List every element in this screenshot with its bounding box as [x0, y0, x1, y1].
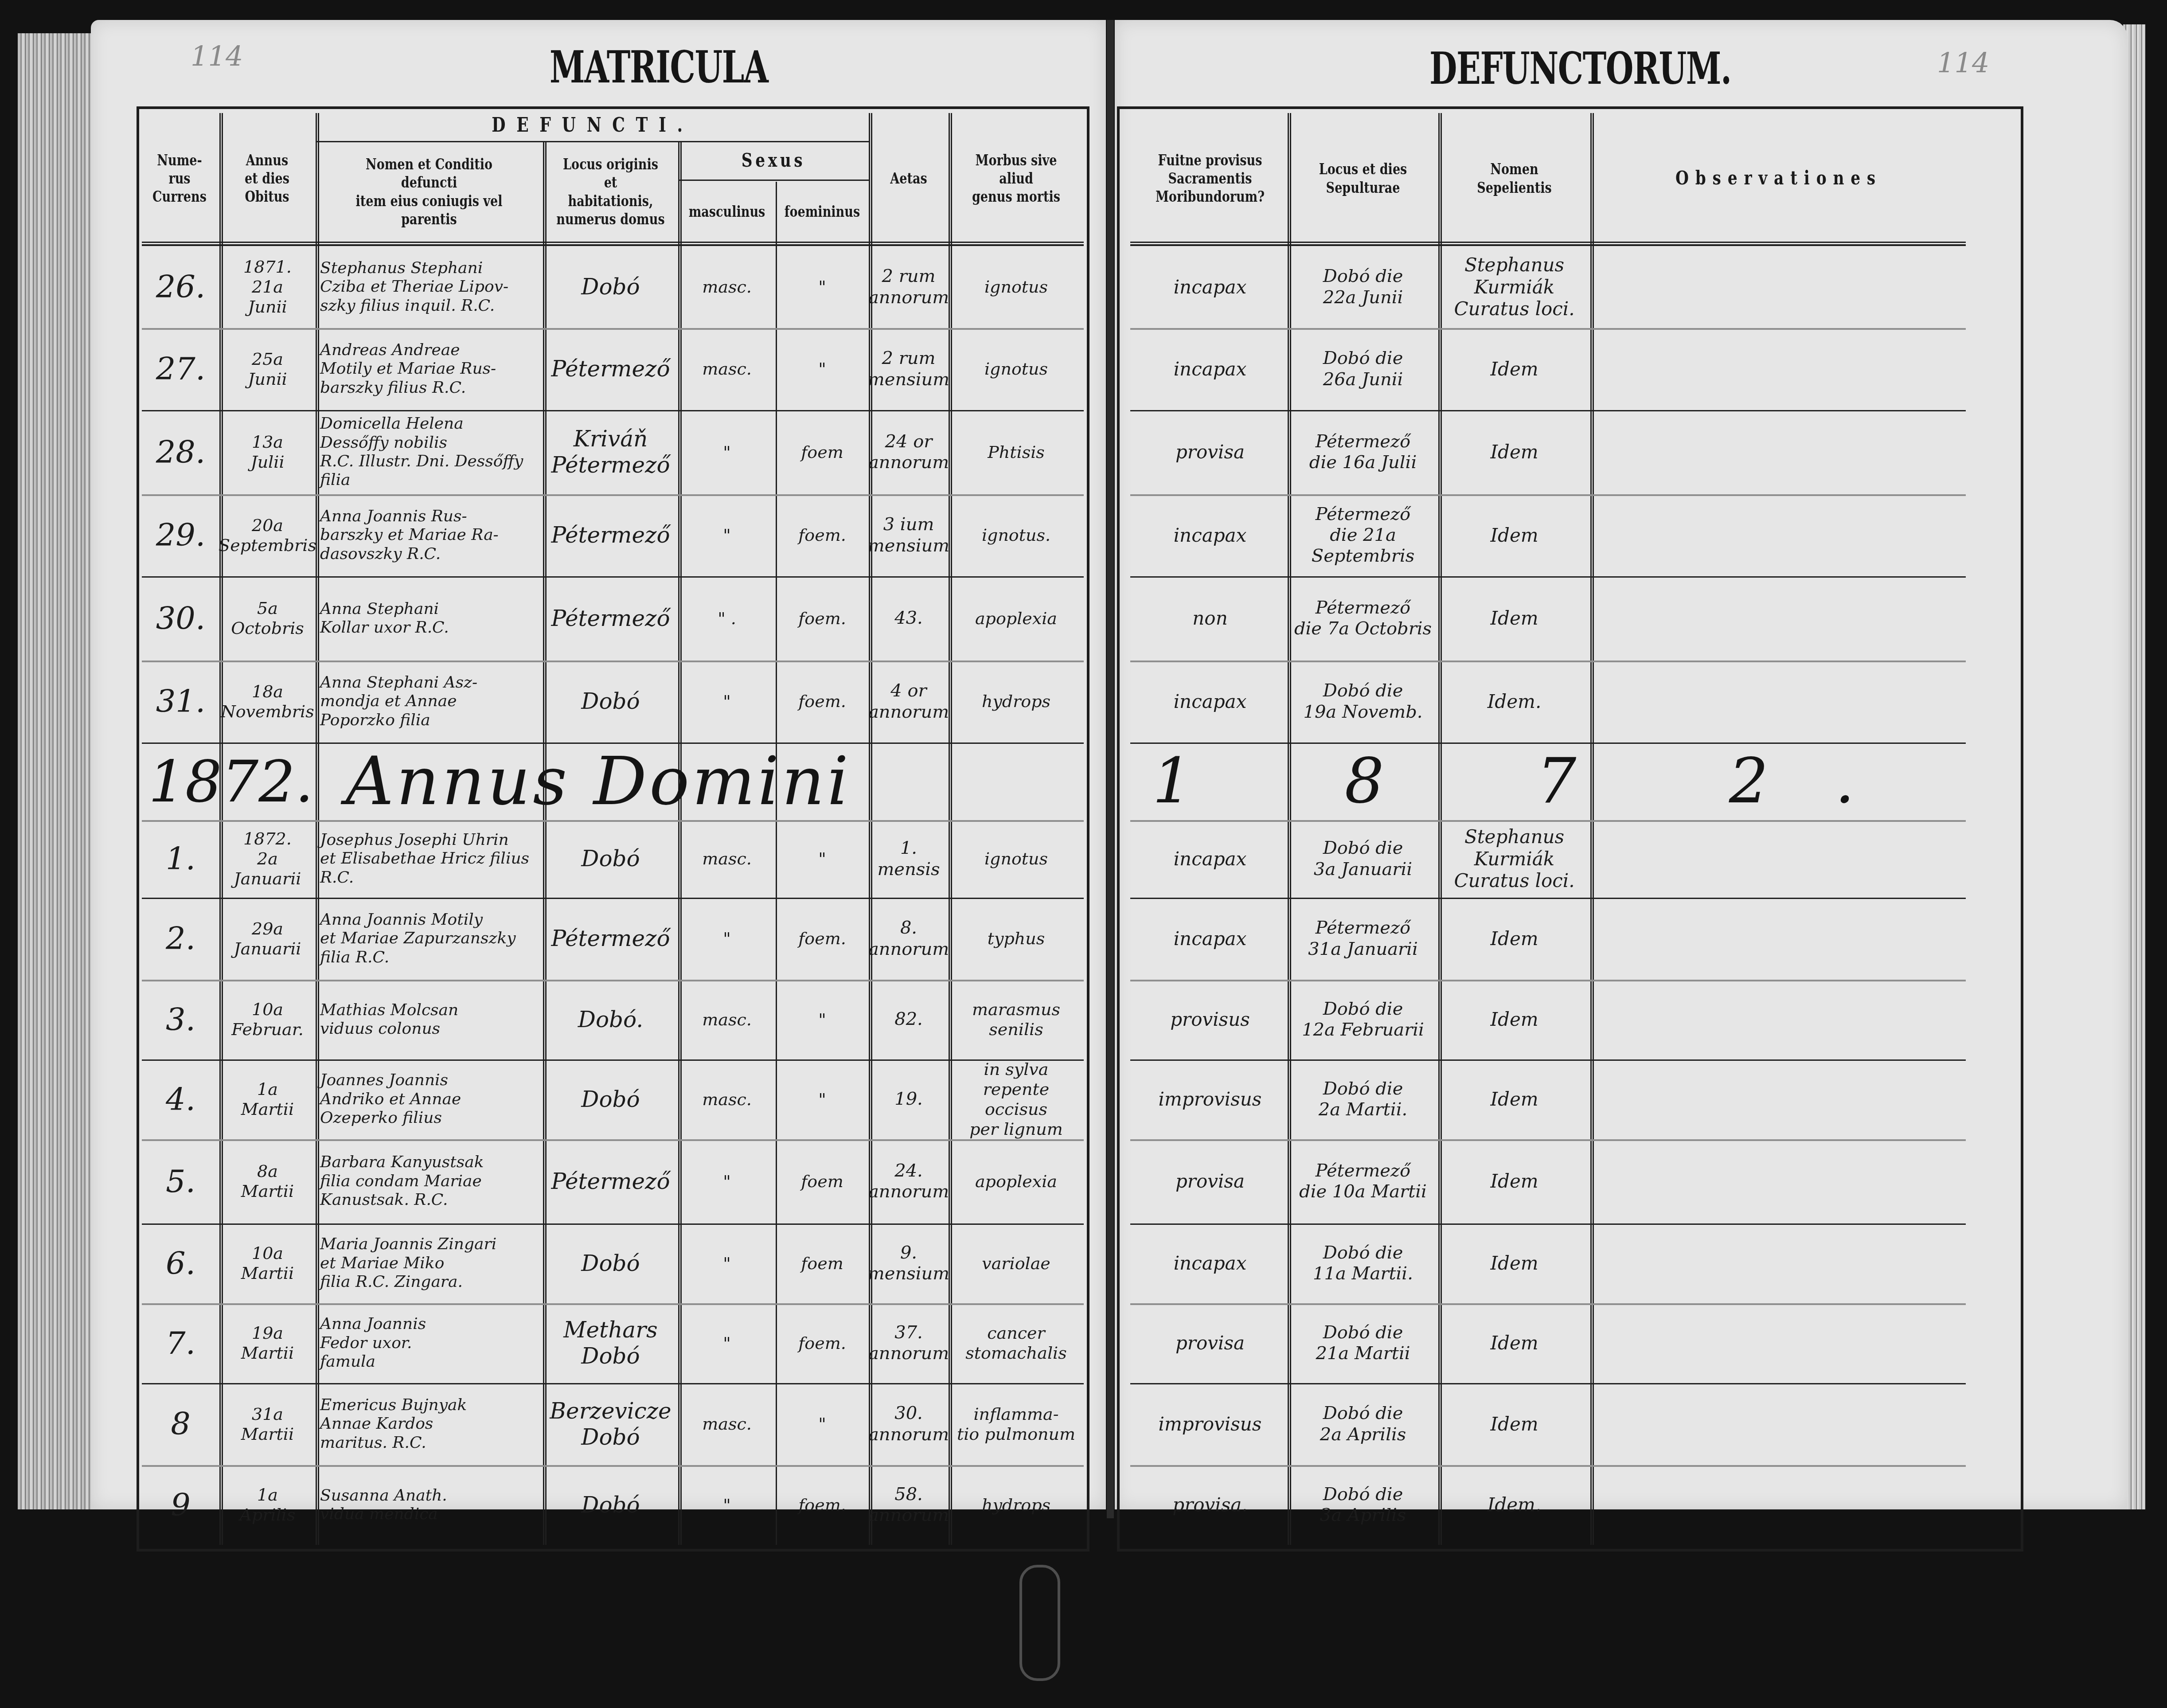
page-number-left: 114: [191, 40, 243, 72]
sex-feminine: foem: [776, 410, 869, 494]
sacraments-provided: improvisus: [1132, 1383, 1288, 1465]
place-of-origin: Pétermező: [543, 898, 678, 980]
age: 24. annorum: [869, 1139, 949, 1223]
cause-of-death: marasmus senilis: [949, 980, 1084, 1059]
observations-cell: [1590, 494, 1967, 576]
burial-place-date: Pétermező die 16a Julii: [1288, 410, 1438, 494]
observations-cell: [1590, 980, 1967, 1059]
burying-priest: Stephanus Kurmiák Curatus loci.: [1438, 246, 1590, 328]
place-of-origin: Dobó: [543, 1059, 678, 1139]
death-date: 29a Januarii: [219, 898, 316, 980]
place-of-origin: Pétermező: [543, 576, 678, 661]
age: 9. mensium: [869, 1223, 949, 1303]
cause-of-death: inflamma- tio pulmonum: [949, 1383, 1084, 1465]
sex-feminine: ": [776, 246, 869, 328]
place-of-origin: Dobó: [543, 1465, 678, 1545]
sacraments-provided: incapax: [1132, 820, 1288, 898]
deceased-name-condition: Mathias Molcsan viduus colonus: [316, 980, 543, 1059]
death-date: 10a Martii: [219, 1223, 316, 1303]
entry-number: 6.: [142, 1223, 219, 1303]
burial-place-date: Pétermező die 10a Martii: [1288, 1139, 1438, 1223]
header-locus-sepulturae: Locus et dies Sepulturae: [1301, 115, 1425, 242]
header-nomen-conditio: Nomen et Conditio defuncti item eius con…: [336, 142, 522, 242]
header-annus-dies-obitus: Annus et dies Obitus: [228, 115, 306, 242]
entry-number: 3.: [142, 980, 219, 1059]
deceased-name-condition: Anna Joannis Fedor uxor. famula: [316, 1303, 543, 1383]
entry-number: 7.: [142, 1303, 219, 1383]
sex-masculine: ": [678, 1465, 776, 1545]
header-morbus: Morbus sive aliud genus mortis: [961, 115, 1071, 242]
death-date: 25a Junii: [219, 328, 316, 410]
header-aetas: Aetas: [876, 115, 941, 242]
sex-masculine: " .: [678, 576, 776, 661]
header-locus-originis: Locus originis et habitationis, numerus …: [555, 142, 666, 242]
sacraments-provided: provisa: [1132, 410, 1288, 494]
sacraments-provided: incapax: [1132, 661, 1288, 743]
sex-feminine: foem.: [776, 1465, 869, 1545]
sex-feminine: ": [776, 980, 869, 1059]
cause-of-death: typhus: [949, 898, 1084, 980]
burial-place-date: Dobó die 26a Junii: [1288, 328, 1438, 410]
place-of-origin: Kriváň Pétermező: [543, 410, 678, 494]
sex-masculine: ": [678, 410, 776, 494]
age: 58. annorum: [869, 1465, 949, 1545]
burial-place-date: Dobó die 2a Aprilis: [1288, 1383, 1438, 1465]
header-sexus: Sexus: [695, 142, 852, 180]
age: 3 ium mensium: [869, 494, 949, 576]
sacraments-provided: incapax: [1132, 494, 1288, 576]
deceased-name-condition: Susanna Anath. vidua mendica: [316, 1465, 543, 1545]
burial-place-date: Dobó die 22a Junii: [1288, 246, 1438, 328]
death-date: 13a Julii: [219, 410, 316, 494]
deceased-name-condition: Stephanus Stephani Cziba et Theriae Lipo…: [316, 246, 543, 328]
place-of-origin: Dobó.: [543, 980, 678, 1059]
sacraments-provided: incapax: [1132, 328, 1288, 410]
observations-cell: [1590, 246, 1967, 328]
sacraments-provided: provisa: [1132, 1139, 1288, 1223]
death-date: 10a Februar.: [219, 980, 316, 1059]
age: 82.: [869, 980, 949, 1059]
sex-feminine: foem.: [776, 898, 869, 980]
sex-feminine: ": [776, 1059, 869, 1139]
age: 2 rum mensium: [869, 328, 949, 410]
cause-of-death: apoplexia: [949, 1139, 1084, 1223]
cause-of-death: ignotus: [949, 246, 1084, 328]
age: 43.: [869, 576, 949, 661]
death-date: 5a Octobris: [219, 576, 316, 661]
ribbon-bookmark: [1019, 1565, 1060, 1681]
burying-priest: Idem.: [1438, 661, 1590, 743]
cause-of-death: variolae: [949, 1223, 1084, 1303]
burying-priest: Idem: [1438, 1139, 1590, 1223]
observations-cell: [1590, 1223, 1967, 1303]
observations-cell: [1590, 898, 1967, 980]
header-provisus: Fuitne provisus Sacramentis Moribundorum…: [1148, 115, 1272, 242]
sex-feminine: foem: [776, 1223, 869, 1303]
burying-priest: Stephanus Kurmiák Curatus loci.: [1438, 820, 1590, 898]
sacraments-provided: non: [1132, 576, 1288, 661]
header-defuncti: DEFUNCTI.: [366, 109, 820, 142]
burying-priest: Idem: [1438, 898, 1590, 980]
year-divider-right: 1 8 7 2.: [1152, 743, 1921, 820]
header-numerus-currens: Nume- rus Currens: [148, 115, 210, 242]
age: 2 rum annorum: [869, 246, 949, 328]
deceased-name-condition: Anna Joannis Motily et Mariae Zapurzansz…: [316, 898, 543, 980]
death-date: 1a Martii: [219, 1059, 316, 1139]
sex-masculine: ": [678, 1139, 776, 1223]
header-foemininus: foemininus: [784, 182, 860, 242]
cause-of-death: apoplexia: [949, 576, 1084, 661]
deceased-name-condition: Anna Joannis Rus- barszky et Mariae Ra- …: [316, 494, 543, 576]
entry-number: 8: [142, 1383, 219, 1465]
sex-masculine: masc.: [678, 1059, 776, 1139]
page-number-right: 114: [1937, 47, 1989, 79]
death-date: 8a Martii: [219, 1139, 316, 1223]
deceased-name-condition: Andreas Andreae Motily et Mariae Rus- ba…: [316, 328, 543, 410]
place-of-origin: Pétermező: [543, 328, 678, 410]
entry-number: 9: [142, 1465, 219, 1545]
year-divider-left: 1872.: [148, 743, 313, 820]
sex-feminine: ": [776, 328, 869, 410]
age: 30. annorum: [869, 1383, 949, 1465]
place-of-origin: Pétermező: [543, 494, 678, 576]
sex-masculine: ": [678, 1303, 776, 1383]
cause-of-death: ignotus.: [949, 494, 1084, 576]
sex-masculine: masc.: [678, 820, 776, 898]
cause-of-death: hydrops: [949, 1465, 1084, 1545]
cause-of-death: hydrops: [949, 661, 1084, 743]
deceased-name-condition: Anna Stephani Kollar uxor R.C.: [316, 576, 543, 661]
death-date: 18a Novembris: [219, 661, 316, 743]
sex-feminine: foem.: [776, 576, 869, 661]
sacraments-provided: incapax: [1132, 1223, 1288, 1303]
sex-feminine: foem: [776, 1139, 869, 1223]
book-gutter: [1107, 20, 1114, 1518]
death-date: 1a Aprilis: [219, 1465, 316, 1545]
age: 1. mensis: [869, 820, 949, 898]
sex-masculine: masc.: [678, 1383, 776, 1465]
age: 19.: [869, 1059, 949, 1139]
burying-priest: Idem: [1438, 1303, 1590, 1383]
observations-cell: [1590, 1383, 1967, 1465]
sacraments-provided: provisus: [1132, 980, 1288, 1059]
burying-priest: Idem.: [1438, 1465, 1590, 1545]
observations-cell: [1590, 661, 1967, 743]
header-bottom-rule-right: [1130, 242, 1966, 246]
death-date: 31a Martii: [219, 1383, 316, 1465]
deceased-name-condition: Anna Stephani Asz- mondja et Annae Popor…: [316, 661, 543, 743]
sex-masculine: masc.: [678, 246, 776, 328]
sex-masculine: masc.: [678, 328, 776, 410]
deceased-name-condition: Domicella Helena Dessőffy nobilis R.C. I…: [316, 410, 543, 494]
observations-cell: [1590, 1303, 1967, 1383]
entry-number: 28.: [142, 410, 219, 494]
place-of-origin: Dobó: [543, 1223, 678, 1303]
death-date: 19a Martii: [219, 1303, 316, 1383]
sex-masculine: ": [678, 898, 776, 980]
place-of-origin: Dobó: [543, 246, 678, 328]
entry-number: 29.: [142, 494, 219, 576]
title-defunctorum: DEFUNCTORUM.: [1429, 42, 1731, 94]
burying-priest: Idem: [1438, 494, 1590, 576]
burial-place-date: Pétermező 31a Januarii: [1288, 898, 1438, 980]
entry-number: 1.: [142, 820, 219, 898]
place-of-origin: Berzevicze Dobó: [543, 1383, 678, 1465]
sex-feminine: ": [776, 820, 869, 898]
sex-masculine: ": [678, 494, 776, 576]
cause-of-death: ignotus: [949, 328, 1084, 410]
burial-place-date: Dobó die 2a Martii.: [1288, 1059, 1438, 1139]
observations-cell: [1590, 576, 1967, 661]
burying-priest: Idem: [1438, 1383, 1590, 1465]
death-date: 1871. 21a Junii: [219, 246, 316, 328]
column-rule: [869, 113, 872, 142]
sex-feminine: ": [776, 1383, 869, 1465]
observations-cell: [1590, 1059, 1967, 1139]
burial-place-date: Pétermező die 7a Octobris: [1288, 576, 1438, 661]
observations-cell: [1590, 1465, 1967, 1545]
deceased-name-condition: Emericus Bujnyak Annae Kardos maritus. R…: [316, 1383, 543, 1465]
sex-feminine: foem.: [776, 661, 869, 743]
age: 37. annorum: [869, 1303, 949, 1383]
header-bottom-rule: [142, 242, 1084, 246]
sex-feminine: foem.: [776, 494, 869, 576]
observations-cell: [1590, 820, 1967, 898]
burial-place-date: Dobó die 12a Februarii: [1288, 980, 1438, 1059]
cause-of-death: in sylva repente occisus per lignum: [949, 1059, 1084, 1139]
book-page-edges-left: [18, 33, 93, 1509]
observations-cell: [1590, 328, 1967, 410]
deceased-name-condition: Barbara Kanyustsak filia condam Mariae K…: [316, 1139, 543, 1223]
place-of-origin: Dobó: [543, 820, 678, 898]
burial-place-date: Pétermező die 21a Septembris: [1288, 494, 1438, 576]
age: 8. annorum: [869, 898, 949, 980]
burying-priest: Idem: [1438, 410, 1590, 494]
sex-masculine: masc.: [678, 980, 776, 1059]
observations-cell: [1590, 1139, 1967, 1223]
observations-cell: [1590, 410, 1967, 494]
sacraments-provided: improvisus: [1132, 1059, 1288, 1139]
column-rule: [949, 113, 952, 142]
burial-place-date: Dobó die 3a Aprilis: [1288, 1465, 1438, 1545]
entry-number: 27.: [142, 328, 219, 410]
entry-number: 2.: [142, 898, 219, 980]
entry-number: 30.: [142, 576, 219, 661]
burying-priest: Idem: [1438, 576, 1590, 661]
sex-feminine: foem.: [776, 1303, 869, 1383]
burial-place-date: Dobó die 19a Novemb.: [1288, 661, 1438, 743]
deceased-name-condition: Joannes Joannis Andriko et Annae Ozeperk…: [316, 1059, 543, 1139]
deceased-name-condition: Maria Joannis Zingari et Mariae Miko fil…: [316, 1223, 543, 1303]
place-of-origin: Dobó: [543, 661, 678, 743]
header-nomen-sepelientis: Nomen Sepelientis: [1452, 115, 1577, 242]
burying-priest: Idem: [1438, 1059, 1590, 1139]
entry-number: 31.: [142, 661, 219, 743]
title-matricula: MATRICULA: [550, 41, 768, 93]
place-of-origin: Pétermező: [543, 1139, 678, 1223]
burial-place-date: Dobó die 11a Martii.: [1288, 1223, 1438, 1303]
place-of-origin: Methars Dobó: [543, 1303, 678, 1383]
annus-domini-label: Annus Domini: [346, 743, 851, 820]
burying-priest: Idem: [1438, 980, 1590, 1059]
burial-place-date: Dobó die 21a Martii: [1288, 1303, 1438, 1383]
burying-priest: Idem: [1438, 328, 1590, 410]
sex-masculine: ": [678, 661, 776, 743]
entry-number: 26.: [142, 246, 219, 328]
cause-of-death: Phtisis: [949, 410, 1084, 494]
header-masculinus: masculinus: [687, 182, 767, 242]
age: 24 or annorum: [869, 410, 949, 494]
entry-number: 5.: [142, 1139, 219, 1223]
deceased-name-condition: Josephus Josephi Uhrin et Elisabethae Hr…: [316, 820, 543, 898]
cause-of-death: cancer stomachalis: [949, 1303, 1084, 1383]
header-observationes: Observationes: [1624, 115, 1933, 242]
age: 4 or annorum: [869, 661, 949, 743]
cause-of-death: ignotus: [949, 820, 1084, 898]
death-date: 20a Septembris: [219, 494, 316, 576]
sacraments-provided: incapax: [1132, 898, 1288, 980]
sacraments-provided: provisa: [1132, 1303, 1288, 1383]
sacraments-provided: provisa.: [1132, 1465, 1288, 1545]
death-date: 1872. 2a Januarii: [219, 820, 316, 898]
sex-masculine: ": [678, 1223, 776, 1303]
burying-priest: Idem: [1438, 1223, 1590, 1303]
burial-place-date: Dobó die 3a Januarii: [1288, 820, 1438, 898]
sexus-underline: [678, 180, 869, 181]
entry-number: 4.: [142, 1059, 219, 1139]
sacraments-provided: incapax: [1132, 246, 1288, 328]
